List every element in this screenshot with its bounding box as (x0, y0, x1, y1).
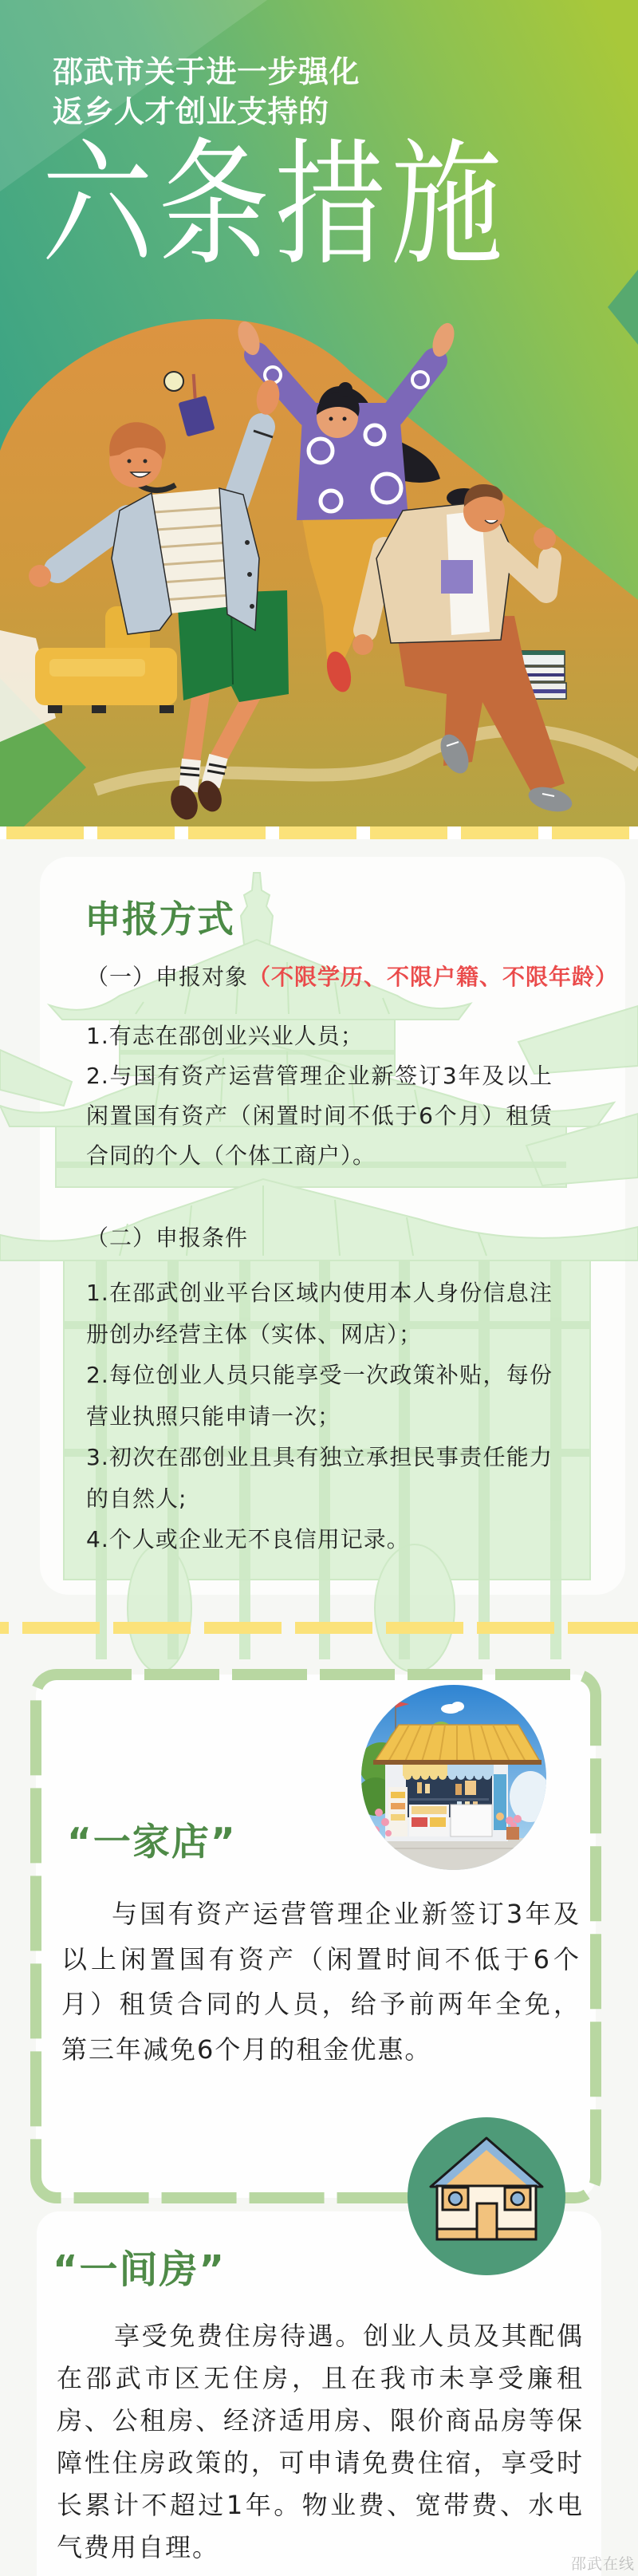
targets-highlight: （不限学历、不限户籍、不限年龄） (248, 964, 618, 990)
list-item-line: 合同的个人（个体工商户）。 (86, 1136, 553, 1176)
paragraph-line: 与国有资产运营管理企业新签订3年及 (61, 1892, 581, 1937)
targets-list: 1.有志在邵创业兴业人员； 2.与国有资产运营管理企业新签订3年及以上 闲置国有… (86, 1016, 553, 1176)
list-item-line: 2.与国有资产运营管理企业新签订3年及以上 (86, 1056, 553, 1096)
list-item: 1.在邵武创业平台区域内使用本人身份信息注 册创办经营主体（实体、网店）； (86, 1272, 553, 1355)
source-watermark: 邵武在线 (571, 2554, 635, 2574)
paragraph-line: 第三年减免6个月的租金优惠。 (61, 2027, 581, 2073)
list-item: 2.与国有资产运营管理企业新签订3年及以上 闲置国有资产（闲置时间不低于6个月）… (86, 1056, 553, 1176)
paragraph-line: 以上闲置国有资产（闲置时间不低于6个 (61, 1937, 581, 1982)
paragraph-line: 房、公租房、经济适用房、限价商品房等保 (57, 2400, 584, 2442)
list-item: 1.有志在邵创业兴业人员； (86, 1016, 553, 1056)
hero-title: 六条措施 (41, 138, 507, 274)
paragraph-line: 在邵武市区无住房，且在我市未享受廉租 (57, 2357, 584, 2400)
hero-subtitle: 邵武市关于进一步强化 返乡人才创业支持的 (53, 52, 360, 132)
conditions-list: 1.在邵武创业平台区域内使用本人身份信息注 册创办经营主体（实体、网店）； 2.… (86, 1272, 553, 1560)
yellow-dashed-divider (0, 1622, 638, 1634)
hero-subtitle-line: 邵武市关于进一步强化 (53, 52, 360, 92)
measure-description-shop: 与国有资产运营管理企业新签订3年及 以上闲置国有资产（闲置时间不低于6个 月）租… (61, 1892, 581, 2072)
paragraph-line: 长累计不超过1年。物业费、宽带费、水电 (57, 2484, 584, 2527)
conditions-label: （二）申报条件 (86, 1225, 248, 1251)
paragraph-line: 气费用自理。 (57, 2527, 584, 2569)
shop-storefront-illustration (361, 1685, 546, 1870)
list-item-line: 4.个人或企业无不良信用记录。 (86, 1519, 553, 1560)
measure-description-housing: 享受免费住房待遇。创业人员及其配偶 在邵武市区无住房，且在我市未享受廉租 房、公… (57, 2315, 584, 2569)
list-item-line: 1.在邵武创业平台区域内使用本人身份信息注 (86, 1272, 553, 1314)
list-item-line: 2.每位创业人员只能享受一次政策补贴，每份 (86, 1355, 553, 1396)
section-heading: 申报方式 (85, 895, 234, 943)
targets-subheading: （一）申报对象（不限学历、不限户籍、不限年龄） (86, 957, 618, 997)
paragraph-line: 享受免费住房待遇。创业人员及其配偶 (57, 2315, 584, 2357)
list-item-line: 册创办经营主体（实体、网店）； (86, 1314, 553, 1355)
list-item-line: 3.初次在邵创业且具有独立承担民事责任能力 (86, 1437, 553, 1478)
house-icon (407, 2116, 566, 2276)
list-item: 3.初次在邵创业且具有独立承担民事责任能力 的自然人; (86, 1437, 553, 1519)
measure-title-housing: “一间房” (53, 2246, 226, 2294)
measure-title-shop: “一家店” (67, 1819, 237, 1867)
hero-banner: 邵武市关于进一步强化 返乡人才创业支持的 六条措施 (0, 0, 638, 826)
list-item-line: 的自然人; (86, 1478, 553, 1520)
list-item: 4.个人或企业无不良信用记录。 (86, 1519, 553, 1560)
paragraph-line: 障性住房政策的，可申请免费住宿，享受时 (57, 2442, 584, 2484)
list-item-line: 1.有志在邵创业兴业人员； (86, 1016, 553, 1056)
list-item-line: 闲置国有资产（闲置时间不低于6个月）租赁 (86, 1096, 553, 1136)
list-item-line: 营业执照只能申请一次； (86, 1396, 553, 1438)
paragraph-line: 月）租赁合同的人员，给予前两年全免， (61, 1982, 581, 2027)
list-item: 2.每位创业人员只能享受一次政策补贴，每份 营业执照只能申请一次； (86, 1355, 553, 1437)
conditions-subheading: （二）申报条件 (86, 1218, 248, 1258)
targets-label: （一）申报对象 (86, 964, 248, 990)
yellow-dashed-divider (0, 826, 638, 839)
